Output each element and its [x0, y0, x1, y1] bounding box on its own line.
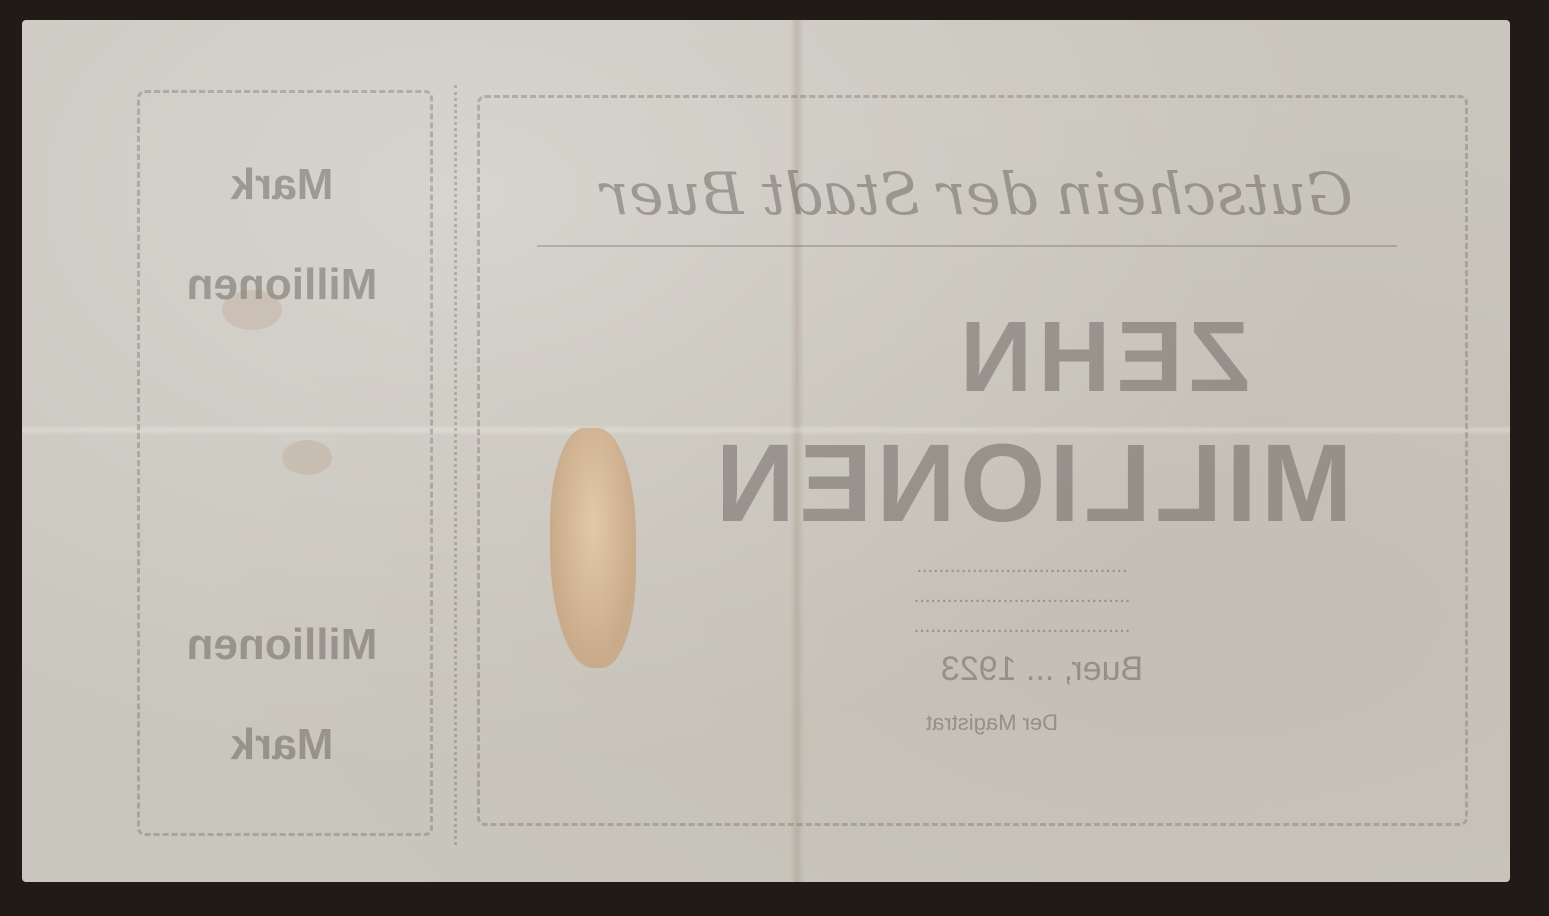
tape-residue — [550, 428, 636, 668]
stain — [222, 290, 282, 330]
side-text-3: Millionen — [152, 620, 412, 670]
side-text-2: Millionen — [152, 260, 412, 310]
note-title: Gutschein der Stadt Buer — [542, 160, 1412, 228]
title-rule — [537, 245, 1397, 247]
denomination-word-2: MILLIONEN — [662, 420, 1402, 547]
fine-print-3: ....................................... — [642, 615, 1402, 638]
denomination-word-1: ZEHN — [802, 300, 1402, 415]
place-date: Buer, ... 1923 — [782, 650, 1302, 689]
side-text-1: Mark — [152, 160, 412, 210]
stain — [282, 440, 332, 475]
fine-print-1: ...................................... — [642, 555, 1402, 578]
fine-print-2: ....................................... — [642, 585, 1402, 608]
signature: Der Magistrat — [842, 710, 1142, 736]
side-text-4: Mark — [152, 720, 412, 770]
banknote: Mark Millionen Millionen Mark Gutschein … — [22, 20, 1510, 882]
panel-divider — [454, 85, 457, 845]
